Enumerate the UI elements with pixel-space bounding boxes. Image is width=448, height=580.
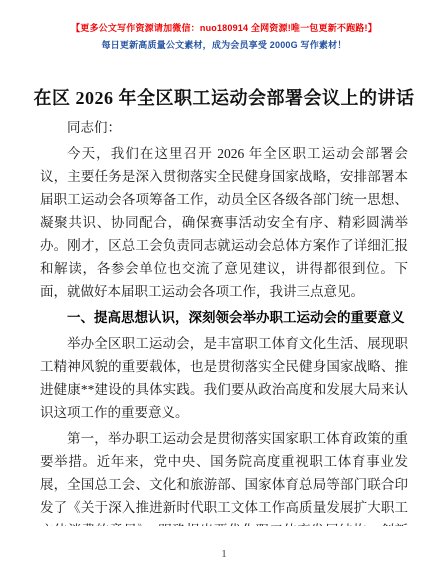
paragraph-first-point: 第一，举办职工运动会是贯彻落实国家职工体育政策的重要举措。近年来，党中央、国务院… [40,427,408,526]
document-page: 【更多公文写作资源请加微信：nuo180914 全网资源!唯一包更新不跑路!】 … [0,0,448,580]
document-body: 同志们： 今天，我们在这里召开 2026 年全区职工运动会部署会议，主要任务是深… [40,116,408,526]
section-heading-1: 一、提高思想认识，深刻领会举办职工运动会的重要意义 [40,306,408,329]
promo-header-line2: 每日更新高质量公文素材，成为会员享受 2000G 写作素材！ [0,39,448,52]
page-number: 1 [0,548,448,560]
promo-header-line1: 【更多公文写作资源请加微信：nuo180914 全网资源!唯一包更新不跑路!】 [0,22,448,35]
promo-header: 【更多公文写作资源请加微信：nuo180914 全网资源!唯一包更新不跑路!】 … [0,22,448,52]
salutation: 同志们： [40,116,408,139]
document-title: 在区 2026 年全区职工运动会部署会议上的讲话 [0,84,448,110]
paragraph-intro: 今天，我们在这里召开 2026 年全区职工运动会部署会议，主要任务是深入贯彻落实… [40,142,408,303]
paragraph-significance: 举办全区职工运动会，是丰富职工体育文化生活、展现职工精神风貌的重要载体，也是贯彻… [40,332,408,424]
